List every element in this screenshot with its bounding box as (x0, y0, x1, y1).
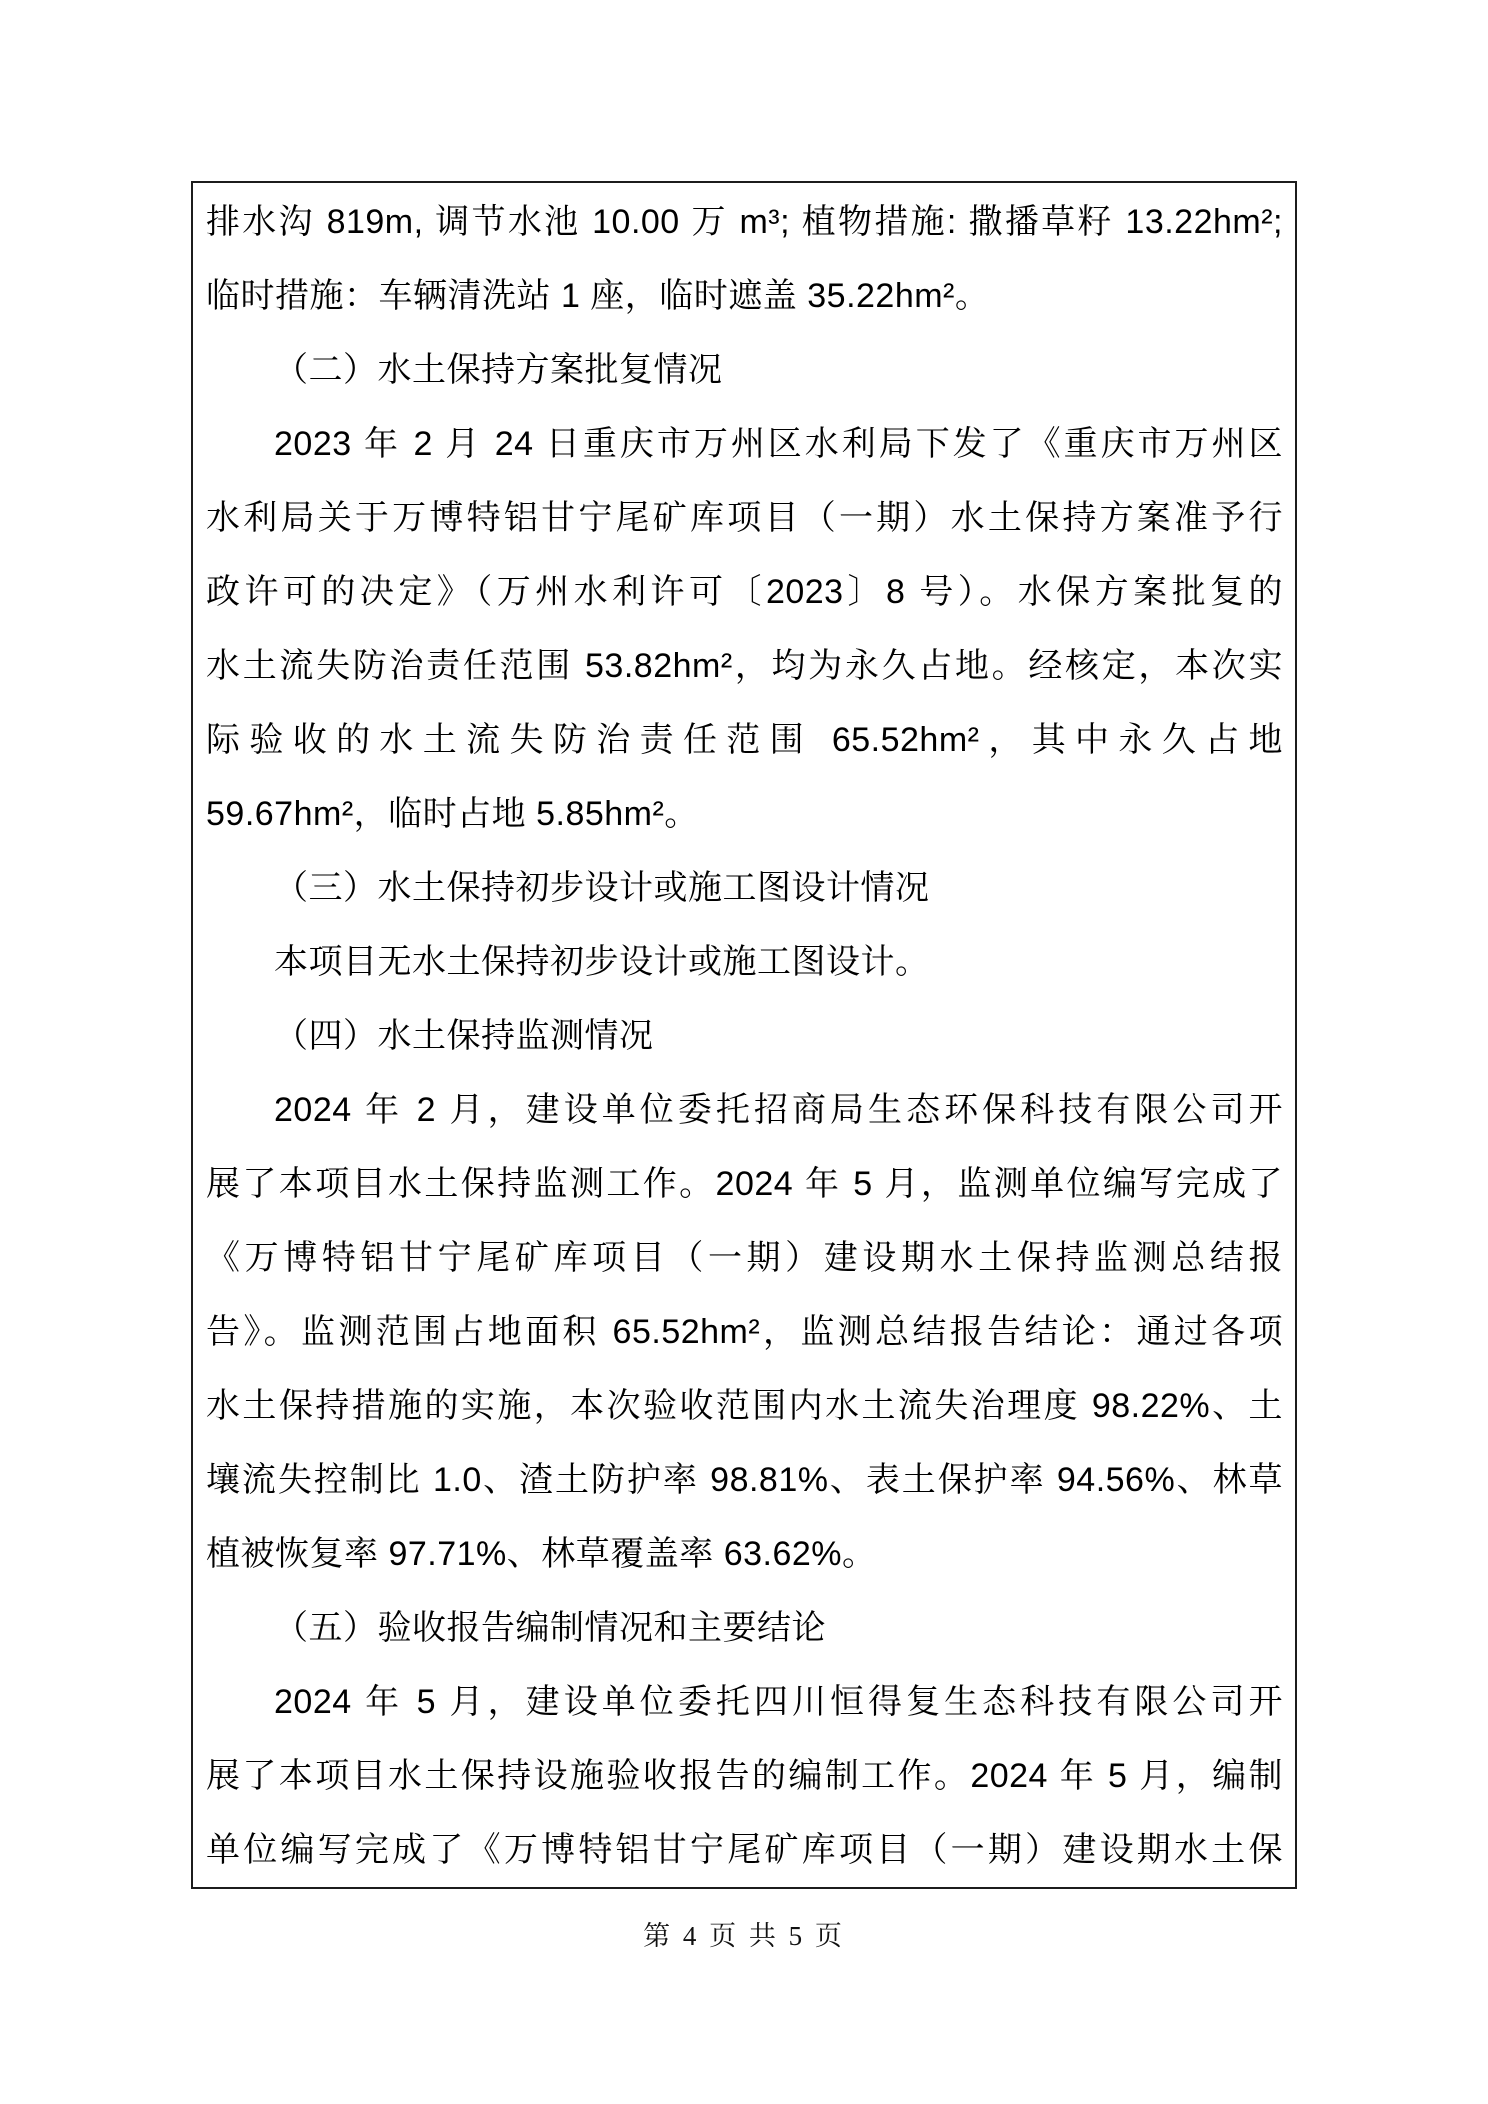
text-line: （三）水土保持初步设计或施工图设计情况 (206, 851, 1283, 925)
text-line: 植被恢复率 97.71%、林草覆盖率 63.62%。 (206, 1517, 1283, 1591)
text-line: 2024 年 5 月，建设单位委托四川恒得复生态科技有限公司开 (206, 1665, 1283, 1739)
document-lines: 排水沟 819m, 调节水池 10.00 万 m³; 植物措施: 撒播草籽 13… (206, 185, 1283, 1887)
text-line: （二）水土保持方案批复情况 (206, 333, 1283, 407)
text-line: 水土流失防治责任范围 53.82hm²，均为永久占地。经核定，本次实 (206, 629, 1283, 703)
text-line: 展了本项目水土保持监测工作。2024 年 5 月，监测单位编写完成了 (206, 1147, 1283, 1221)
text-line: 水利局关于万博特铝甘宁尾矿库项目（一期）水土保持方案准予行 (206, 481, 1283, 555)
text-line: 际验收的水土流失防治责任范围 65.52hm²，其中永久占地 (206, 703, 1283, 777)
text-line: 临时措施：车辆清洗站 1 座，临时遮盖 35.22hm²。 (206, 259, 1283, 333)
text-line: 展了本项目水土保持设施验收报告的编制工作。2024 年 5 月，编制 (206, 1739, 1283, 1813)
text-line: （四）水土保持监测情况 (206, 999, 1283, 1073)
text-line: （五）验收报告编制情况和主要结论 (206, 1591, 1283, 1665)
text-line: 告》。监测范围占地面积 65.52hm²，监测总结报告结论：通过各项 (206, 1295, 1283, 1369)
page-root: { "colors": { "background": "#ffffff", "… (0, 0, 1488, 2104)
page-footer: 第 4 页 共 5 页 (0, 1914, 1488, 1953)
text-line: 59.67hm²，临时占地 5.85hm²。 (206, 777, 1283, 851)
document-cell: 排水沟 819m, 调节水池 10.00 万 m³; 植物措施: 撒播草籽 13… (191, 181, 1297, 1889)
text-line: 《万博特铝甘宁尾矿库项目（一期）建设期水土保持监测总结报 (206, 1221, 1283, 1295)
text-line: 水土保持措施的实施，本次验收范围内水土流失治理度 98.22%、土 (206, 1369, 1283, 1443)
text-line: 政许可的决定》（万州水利许可〔2023〕8 号）。水保方案批复的 (206, 555, 1283, 629)
text-line: 2023 年 2 月 24 日重庆市万州区水利局下发了《重庆市万州区 (206, 407, 1283, 481)
text-line: 壤流失控制比 1.0、渣土防护率 98.81%、表土保护率 94.56%、林草 (206, 1443, 1283, 1517)
text-line: 单位编写完成了《万博特铝甘宁尾矿库项目（一期）建设期水土保 (206, 1813, 1283, 1887)
text-line: 2024 年 2 月，建设单位委托招商局生态环保科技有限公司开 (206, 1073, 1283, 1147)
text-line: 排水沟 819m, 调节水池 10.00 万 m³; 植物措施: 撒播草籽 13… (206, 185, 1283, 259)
text-line: 本项目无水土保持初步设计或施工图设计。 (206, 925, 1283, 999)
